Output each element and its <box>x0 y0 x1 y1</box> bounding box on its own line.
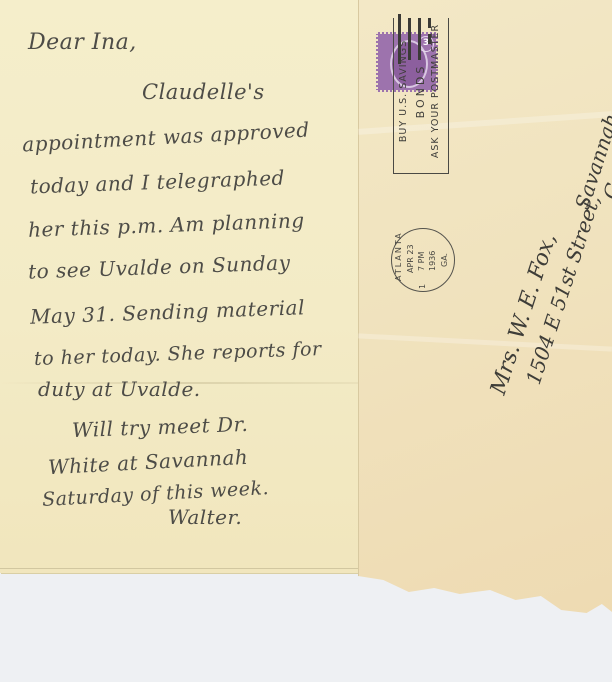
letter-line: White at Savannah <box>48 445 249 479</box>
postmark-time: 7 PM <box>417 252 426 271</box>
letter-line: duty at Uvalde. <box>38 377 201 401</box>
postmark-state: GA. <box>440 253 449 267</box>
handwritten-letter: Dear Ina, Claudelle's appointment was ap… <box>0 0 358 573</box>
letter-line: Claudelle's <box>142 80 265 104</box>
slogan-line: BUY U.S. SAVINGS <box>398 16 409 166</box>
envelope: 3 BUY U.S. SAVINGS BONDS ASK YOUR POSTMA… <box>358 0 612 682</box>
paper-edge <box>0 568 358 569</box>
letter-line: appointment was approved <box>22 117 311 156</box>
letter-signature: Walter. <box>168 505 242 529</box>
envelope-crease <box>358 333 612 351</box>
letter-line: her this p.m. Am planning <box>28 208 305 242</box>
postmark-date: APR 23 <box>406 244 415 273</box>
letter-line: to see Uvalde on Sunday <box>28 250 291 283</box>
postmark: ATLANTA APR 23 7 PM 1936 GA. 1 <box>391 228 455 292</box>
postmark-station: 1 <box>418 284 427 289</box>
letter-line: May 31. Sending material <box>30 295 306 329</box>
letter-salutation: Dear Ina, <box>28 30 137 55</box>
postmark-year: 1936 <box>428 251 437 271</box>
slogan-line: BONDS <box>414 16 427 166</box>
postmark-city: ATLANTA <box>394 231 403 281</box>
letter-line: Will try meet Dr. <box>72 412 249 442</box>
slogan-line: ASK YOUR POSTMASTER <box>430 16 441 166</box>
letter-line: today and I telegraphed <box>30 166 286 199</box>
letter-line: to her today. She reports for <box>34 338 322 370</box>
slogan-cancel-box: BUY U.S. SAVINGS BONDS ASK YOUR POSTMAST… <box>393 18 449 174</box>
